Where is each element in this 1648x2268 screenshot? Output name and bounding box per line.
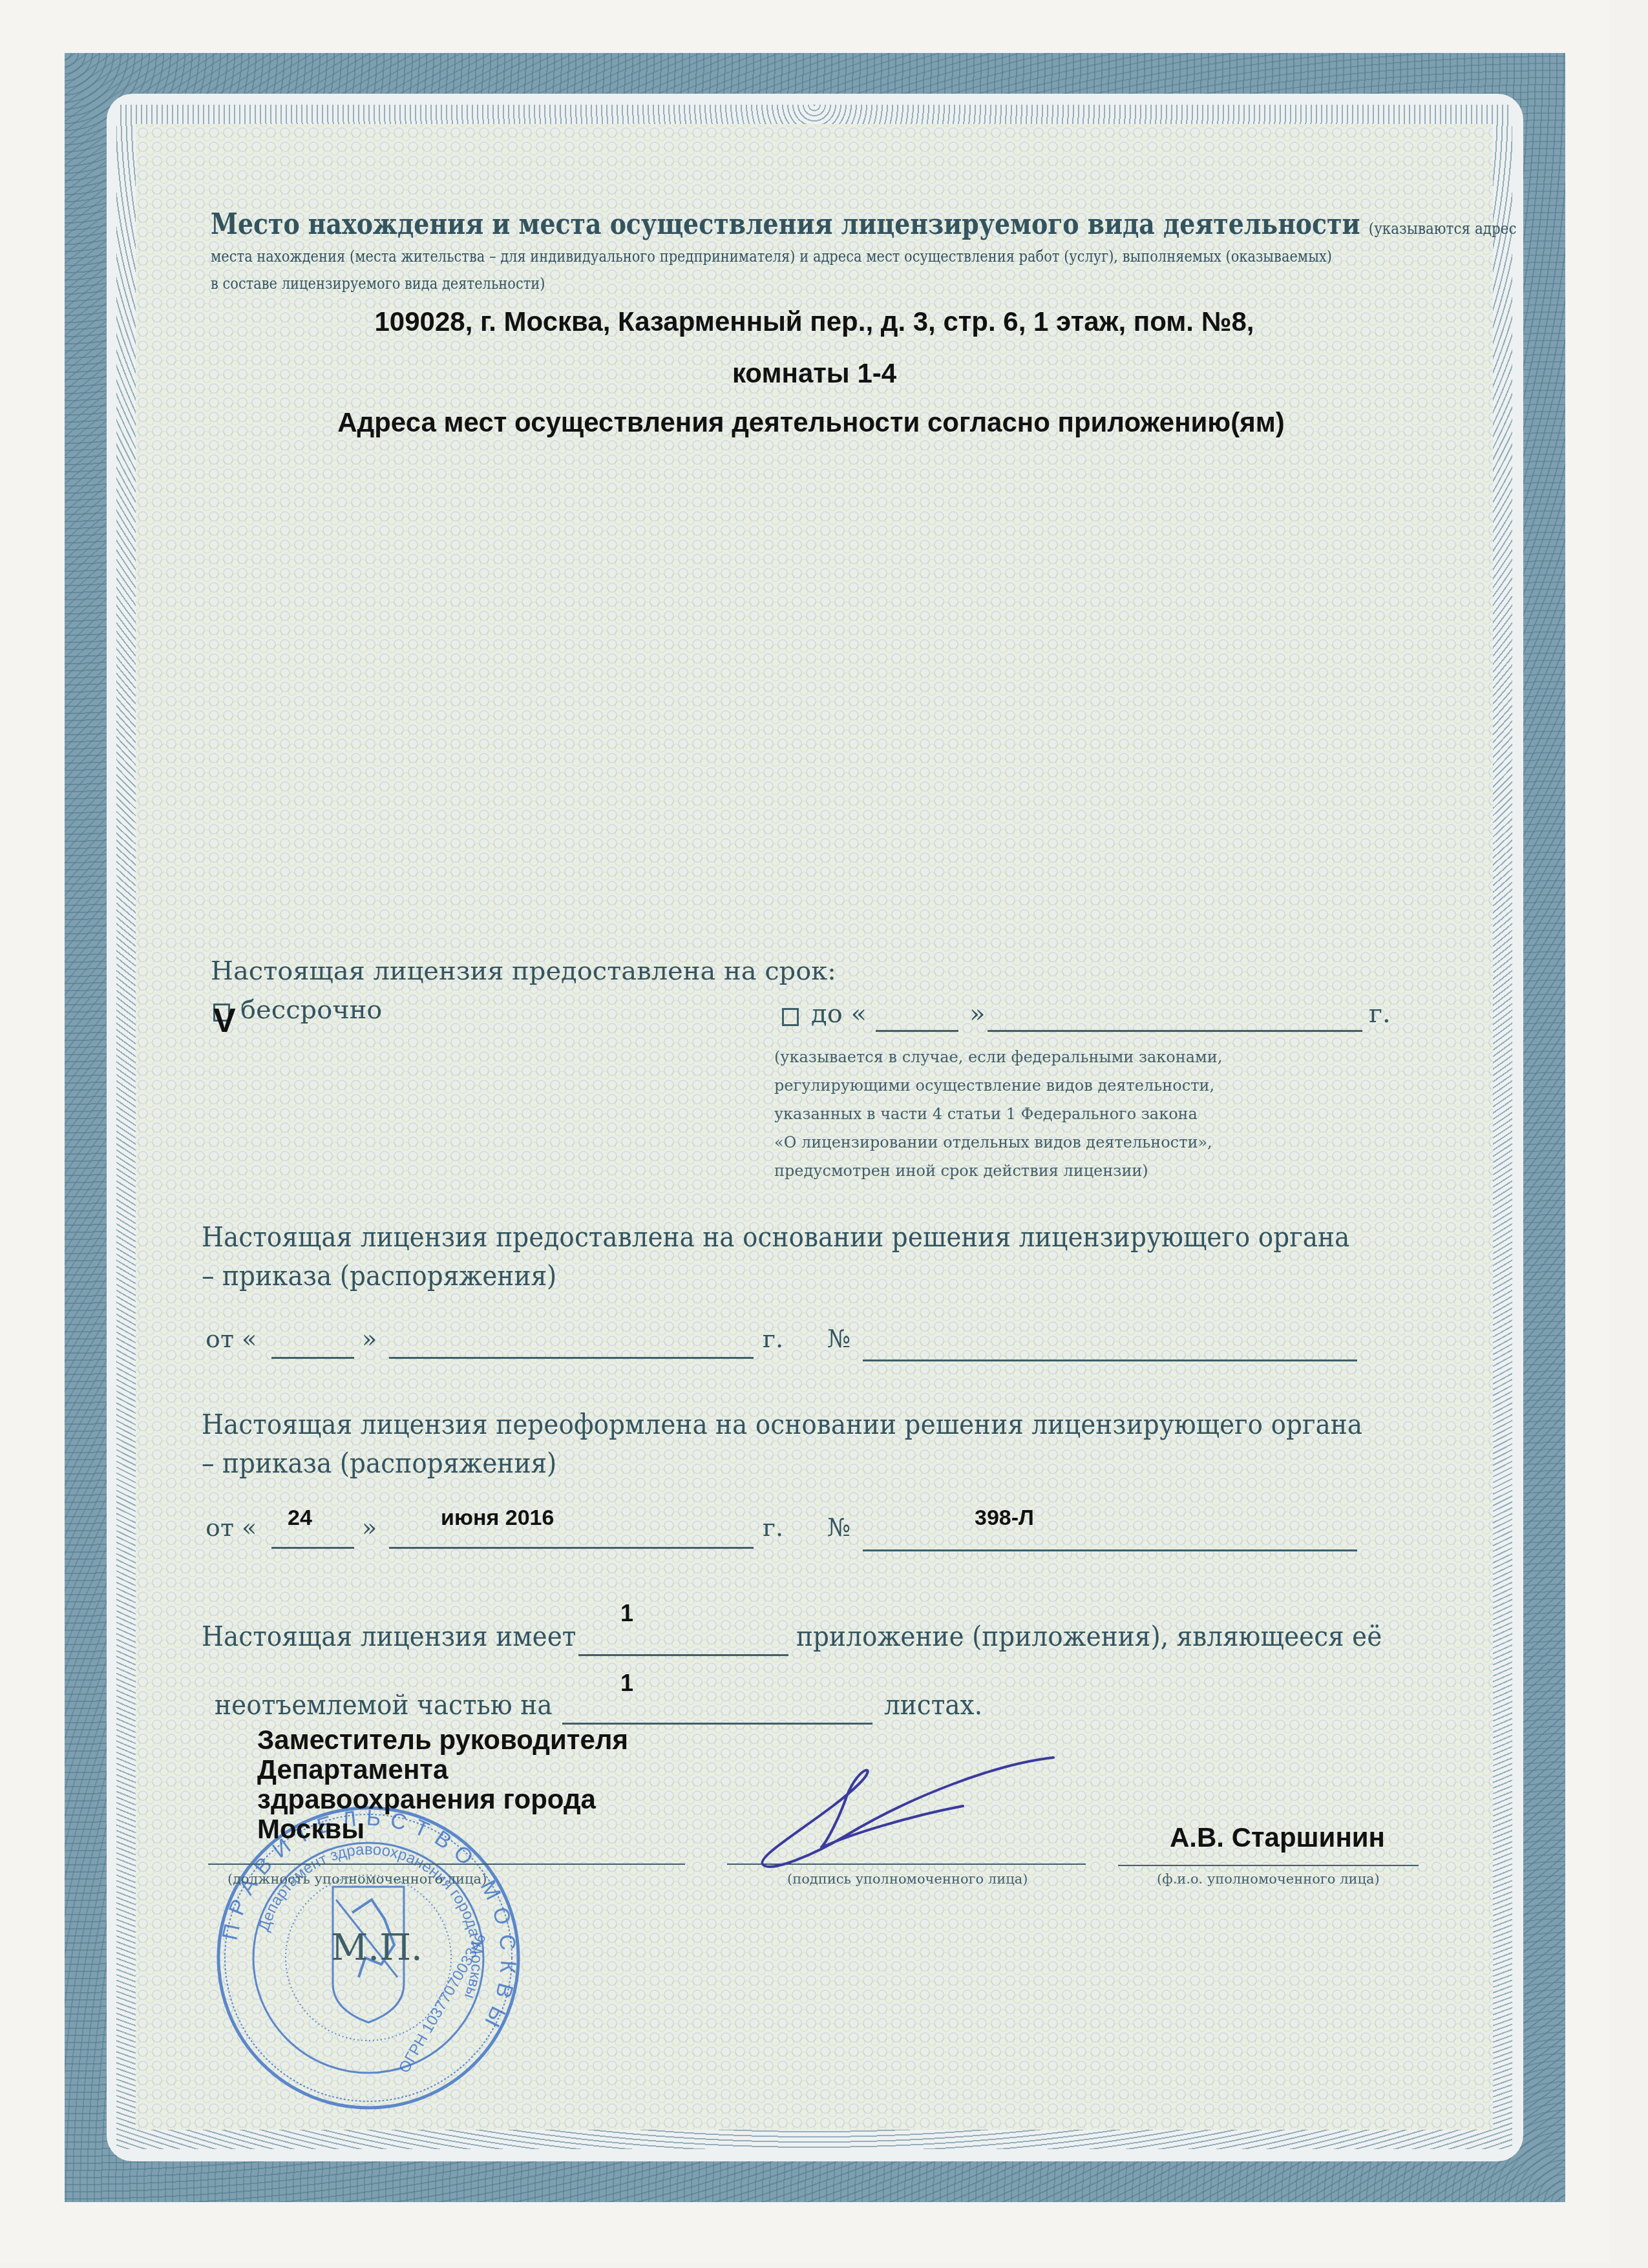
- name-caption: (ф.и.о. уполномоченного лица): [1157, 1871, 1380, 1887]
- appendix-count-line: [578, 1654, 788, 1656]
- location-heading-text: Место нахождения и места осуществления л…: [211, 208, 1360, 241]
- name-line-rule: [1118, 1865, 1419, 1866]
- reissued-day-line: [271, 1547, 354, 1549]
- reissued-month-year[interactable]: июня 2016: [441, 1506, 554, 1531]
- signatory-name: А.В. Старшинин: [1170, 1822, 1385, 1853]
- granted-date-line: [389, 1357, 754, 1359]
- granted-day-line: [271, 1357, 354, 1359]
- granted-from-label: от «: [206, 1325, 257, 1353]
- option-indefinite-label: бессрочно: [240, 995, 382, 1025]
- appendix-line1-after: приложение (приложения), являющееся её: [796, 1621, 1382, 1652]
- signature-caption: (подпись уполномоченного лица): [787, 1871, 1028, 1887]
- address-line-1: 109028, г. Москва, Казарменный пер., д. …: [0, 306, 1648, 337]
- address-line-3: Адреса мест осуществления деятельности с…: [0, 407, 1648, 438]
- appendix-line2-after: листах.: [884, 1689, 982, 1721]
- checkbox-until[interactable]: [782, 1008, 799, 1026]
- reissued-number-line: [863, 1549, 1357, 1551]
- location-note-line2: места нахождения (места жительства – для…: [211, 247, 1332, 266]
- term-heading: Настоящая лицензия предоставлена на срок…: [211, 956, 836, 986]
- granted-heading-2: – приказа (распоряжения): [202, 1260, 556, 1292]
- until-day-line: [876, 1030, 958, 1032]
- reissued-year-label: г.: [763, 1513, 783, 1542]
- term-note-line: (указывается в случае, если федеральными…: [774, 1043, 1222, 1071]
- option-until-suffix: г.: [1369, 999, 1391, 1029]
- appendix-sheets[interactable]: 1: [620, 1670, 633, 1697]
- position-line: Департамента: [257, 1755, 628, 1785]
- reissued-from-label: от «: [206, 1513, 257, 1542]
- reissued-heading-1: Настоящая лицензия переоформлена на осно…: [202, 1409, 1362, 1440]
- term-note-line: регулирующими осуществление видов деятел…: [774, 1071, 1222, 1100]
- granted-year-label: г.: [763, 1325, 783, 1353]
- reissued-number-label: №: [827, 1513, 850, 1542]
- until-date-line: [988, 1030, 1362, 1032]
- reissued-day[interactable]: 24: [288, 1506, 312, 1531]
- term-note-line: предусмотрен иной срок действия лицензии…: [774, 1157, 1222, 1185]
- reissued-number[interactable]: 398-Л: [975, 1506, 1034, 1531]
- appendix-count[interactable]: 1: [620, 1600, 633, 1627]
- reissued-heading-2: – приказа (распоряжения): [202, 1447, 556, 1479]
- term-note-line: «О лицензировании отдельных видов деятел…: [774, 1128, 1222, 1157]
- seal-label: М.П.: [331, 1927, 423, 1969]
- position-line: здравоохранения города: [257, 1785, 628, 1814]
- position-line: Москвы: [257, 1814, 628, 1844]
- granted-quote-close: »: [362, 1325, 377, 1353]
- position-caption: (должность уполномоченного лица): [227, 1871, 487, 1887]
- granted-heading-1: Настоящая лицензия предоставлена на осно…: [202, 1221, 1349, 1253]
- appendix-line2-before: неотъемлемой частью на: [215, 1689, 553, 1721]
- option-until-mid: »: [969, 999, 985, 1029]
- position-line-rule: [208, 1864, 685, 1865]
- signature: [750, 1745, 1060, 1874]
- option-until-prefix: до «: [811, 999, 867, 1029]
- position-line: Заместитель руководителя: [257, 1725, 628, 1755]
- term-note-line: указанных в части 4 статьи 1 Федеральног…: [774, 1100, 1222, 1128]
- location-heading: Место нахождения и места осуществления л…: [211, 208, 1517, 241]
- address-line-2: комнаты 1-4: [0, 358, 1648, 389]
- signatory-position: Заместитель руководителя Департамента зд…: [257, 1725, 628, 1844]
- location-note-line3: в составе лицензируемого вида деятельнос…: [211, 274, 545, 293]
- appendix-line1-before: Настоящая лицензия имеет: [202, 1621, 576, 1652]
- reissued-quote-close: »: [362, 1513, 377, 1542]
- term-note: (указывается в случае, если федеральными…: [774, 1043, 1222, 1185]
- reissued-date-line: [389, 1547, 754, 1549]
- location-note-inline: (указываются адрес: [1369, 219, 1517, 238]
- granted-number-label: №: [827, 1325, 850, 1353]
- check-mark: V: [213, 1002, 236, 1040]
- granted-number-line: [863, 1360, 1357, 1361]
